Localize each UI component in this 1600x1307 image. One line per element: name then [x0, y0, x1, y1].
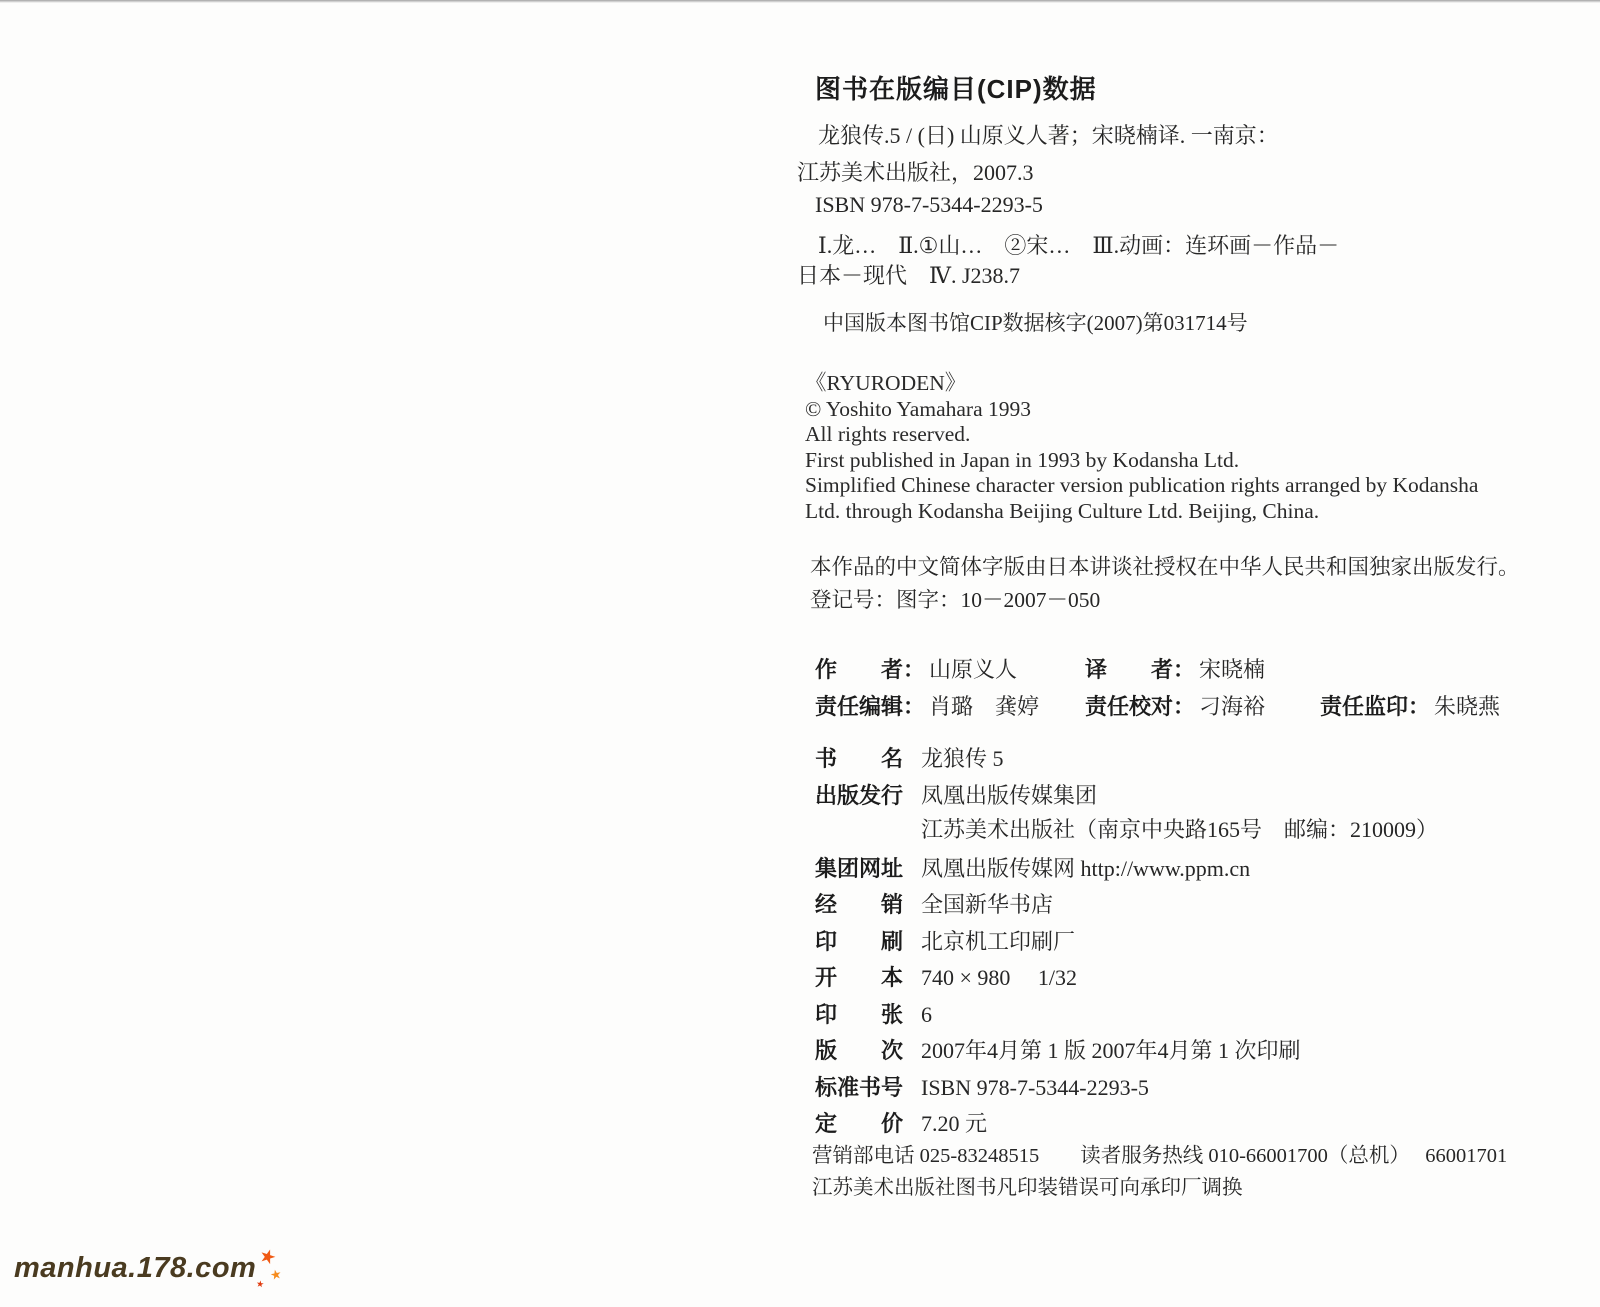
colophon-value: 龙狼传 5	[921, 744, 1004, 774]
colophon-label: 印 张	[815, 998, 907, 1029]
scan-edge	[0, 0, 1600, 3]
colophon-label: 书 名	[815, 742, 907, 773]
cip-record-line: 中国版本图书馆CIP数据核字(2007)第031714号	[823, 308, 1248, 338]
copyright-line: First published in Japan in 1993 by Koda…	[805, 448, 1505, 474]
cip-title-line: 龙狼传.5 / (日) 山原义人著；宋晓楠译. 一南京：	[818, 121, 1279, 151]
colophon-row-publisher: 出版发行 凤凰出版传媒集团	[815, 779, 1438, 816]
authorization-block: 本作品的中文简体字版由日本讲谈社授权在中华人民共和国独家出版发行。 登记号：图字…	[810, 551, 1520, 617]
colophon-row-book-title: 书 名 龙狼传 5	[815, 742, 1438, 779]
colophon-label: 开 本	[815, 961, 907, 992]
colophon-page: 图书在版编目(CIP)数据 龙狼传.5 / (日) 山原义人著；宋晓楠译. 一南…	[0, 0, 1600, 1307]
colophon-row-format: 开 本 740 × 980 1/32	[815, 961, 1438, 998]
colophon-row-printer: 印 刷 北京机工印刷厂	[815, 925, 1438, 962]
colophon-row-edition: 版 次 2007年4月第 1 版 2007年4月第 1 次印刷	[815, 1034, 1438, 1071]
cip-classification-line1: Ⅰ.龙… Ⅱ.①山… ②宋… Ⅲ.动画：连环画－作品－	[818, 231, 1339, 261]
colophon-value: 6	[921, 1000, 932, 1030]
credits-row-1: 作 者：山原义人 译 者：宋晓楠	[815, 653, 1515, 690]
footer-block: 营销部电话 025-83248515 读者服务热线 010-66001700（总…	[812, 1141, 1507, 1204]
colophon-row-isbn: 标准书号 ISBN 978-7-5344-2293-5	[815, 1071, 1438, 1108]
copyright-line: © Yoshito Yamahara 1993	[805, 397, 1505, 423]
star-icon: ★	[256, 1246, 279, 1269]
colophon-label: 定 价	[815, 1107, 907, 1138]
colophon-row-sheets: 印 张 6	[815, 998, 1438, 1035]
author-label: 作 者：	[815, 657, 925, 682]
colophon-table: 书 名 龙狼传 5 出版发行 凤凰出版传媒集团 江苏美术出版社（南京中央路165…	[815, 742, 1438, 1144]
cip-isbn-line: ISBN 978-7-5344-2293-5	[815, 190, 1043, 220]
star-icon: ★	[255, 1279, 265, 1289]
proofreader-item: 责任校对：刁海裕	[1085, 690, 1265, 722]
author-name: 山原义人	[929, 657, 1017, 682]
colophon-value: 740 × 980 1/32	[921, 963, 1077, 993]
copyright-block: 《RYURODEN》 © Yoshito Yamahara 1993 All r…	[805, 371, 1505, 525]
proofreader-label: 责任校对：	[1085, 694, 1195, 719]
colophon-label: 版 次	[815, 1034, 907, 1065]
colophon-value: 2007年4月第 1 版 2007年4月第 1 次印刷	[921, 1036, 1301, 1066]
print-supervisor-item: 责任监印：朱晓燕	[1320, 690, 1500, 722]
editor-label: 责任编辑：	[815, 694, 925, 719]
colophon-row-publisher-address: 江苏美术出版社（南京中央路165号 邮编：210009）	[815, 815, 1438, 852]
colophon-label: 印 刷	[815, 925, 907, 956]
watermark-wrap: manhua.178.com ★ ★ ★	[14, 1252, 256, 1284]
star-icon: ★	[269, 1267, 284, 1282]
translator-item: 译 者：宋晓楠	[1085, 653, 1265, 685]
copyright-line: 《RYURODEN》	[805, 371, 1505, 397]
registration-number: 登记号：图字：10－2007－050	[810, 584, 1520, 617]
print-supervisor-label: 责任监印：	[1320, 694, 1430, 719]
colophon-label: 经 销	[815, 888, 907, 919]
colophon-label: 标准书号	[815, 1071, 907, 1102]
colophon-label: 出版发行	[815, 779, 907, 810]
print-supervisor-name: 朱晓燕	[1434, 694, 1500, 719]
author-item: 作 者：山原义人	[815, 653, 1017, 685]
credits-row-2: 责任编辑：肖璐 龚婷 责任校对：刁海裕 责任监印：朱晓燕	[815, 690, 1515, 727]
colophon-row-distribution: 经 销 全国新华书店	[815, 888, 1438, 925]
errata-notice-line: 江苏美术出版社图书凡印装错误可向承印厂调换	[812, 1173, 1507, 1205]
cip-publisher-line: 江苏美术出版社，2007.3	[797, 158, 1034, 188]
colophon-value: 凤凰出版传媒网 http://www.ppm.cn	[921, 854, 1250, 884]
translator-name: 宋晓楠	[1199, 657, 1265, 682]
credits-block: 作 者：山原义人 译 者：宋晓楠 责任编辑：肖璐 龚婷 责任校对：刁海裕 责任监…	[815, 653, 1515, 727]
marketing-hotline-line: 营销部电话 025-83248515 读者服务热线 010-66001700（总…	[812, 1141, 1507, 1173]
colophon-value: ISBN 978-7-5344-2293-5	[921, 1073, 1149, 1103]
copyright-line: All rights reserved.	[805, 422, 1505, 448]
colophon-row-price: 定 价 7.20 元	[815, 1107, 1438, 1144]
watermark-text: manhua.178.com	[14, 1252, 256, 1284]
colophon-row-group-website: 集团网址 凤凰出版传媒网 http://www.ppm.cn	[815, 852, 1438, 889]
authorization-statement: 本作品的中文简体字版由日本讲谈社授权在中华人民共和国独家出版发行。	[810, 551, 1520, 584]
editor-item: 责任编辑：肖璐 龚婷	[815, 690, 1039, 722]
colophon-value: 全国新华书店	[921, 890, 1053, 920]
colophon-value: 7.20 元	[921, 1109, 987, 1139]
colophon-value: 凤凰出版传媒集团	[921, 781, 1097, 811]
watermark-logo: manhua.178.com ★ ★ ★	[14, 1252, 256, 1285]
colophon-value: 江苏美术出版社（南京中央路165号 邮编：210009）	[921, 815, 1438, 845]
cip-classification-line2: 日本－现代 Ⅳ. J238.7	[797, 261, 1020, 291]
proofreader-name: 刁海裕	[1199, 694, 1265, 719]
copyright-line: Simplified Chinese character version pub…	[805, 473, 1505, 524]
cip-header: 图书在版编目(CIP)数据	[815, 74, 1097, 104]
colophon-label: 集团网址	[815, 852, 907, 883]
colophon-value: 北京机工印刷厂	[921, 927, 1075, 957]
editor-names: 肖璐 龚婷	[929, 694, 1039, 719]
translator-label: 译 者：	[1085, 657, 1195, 682]
